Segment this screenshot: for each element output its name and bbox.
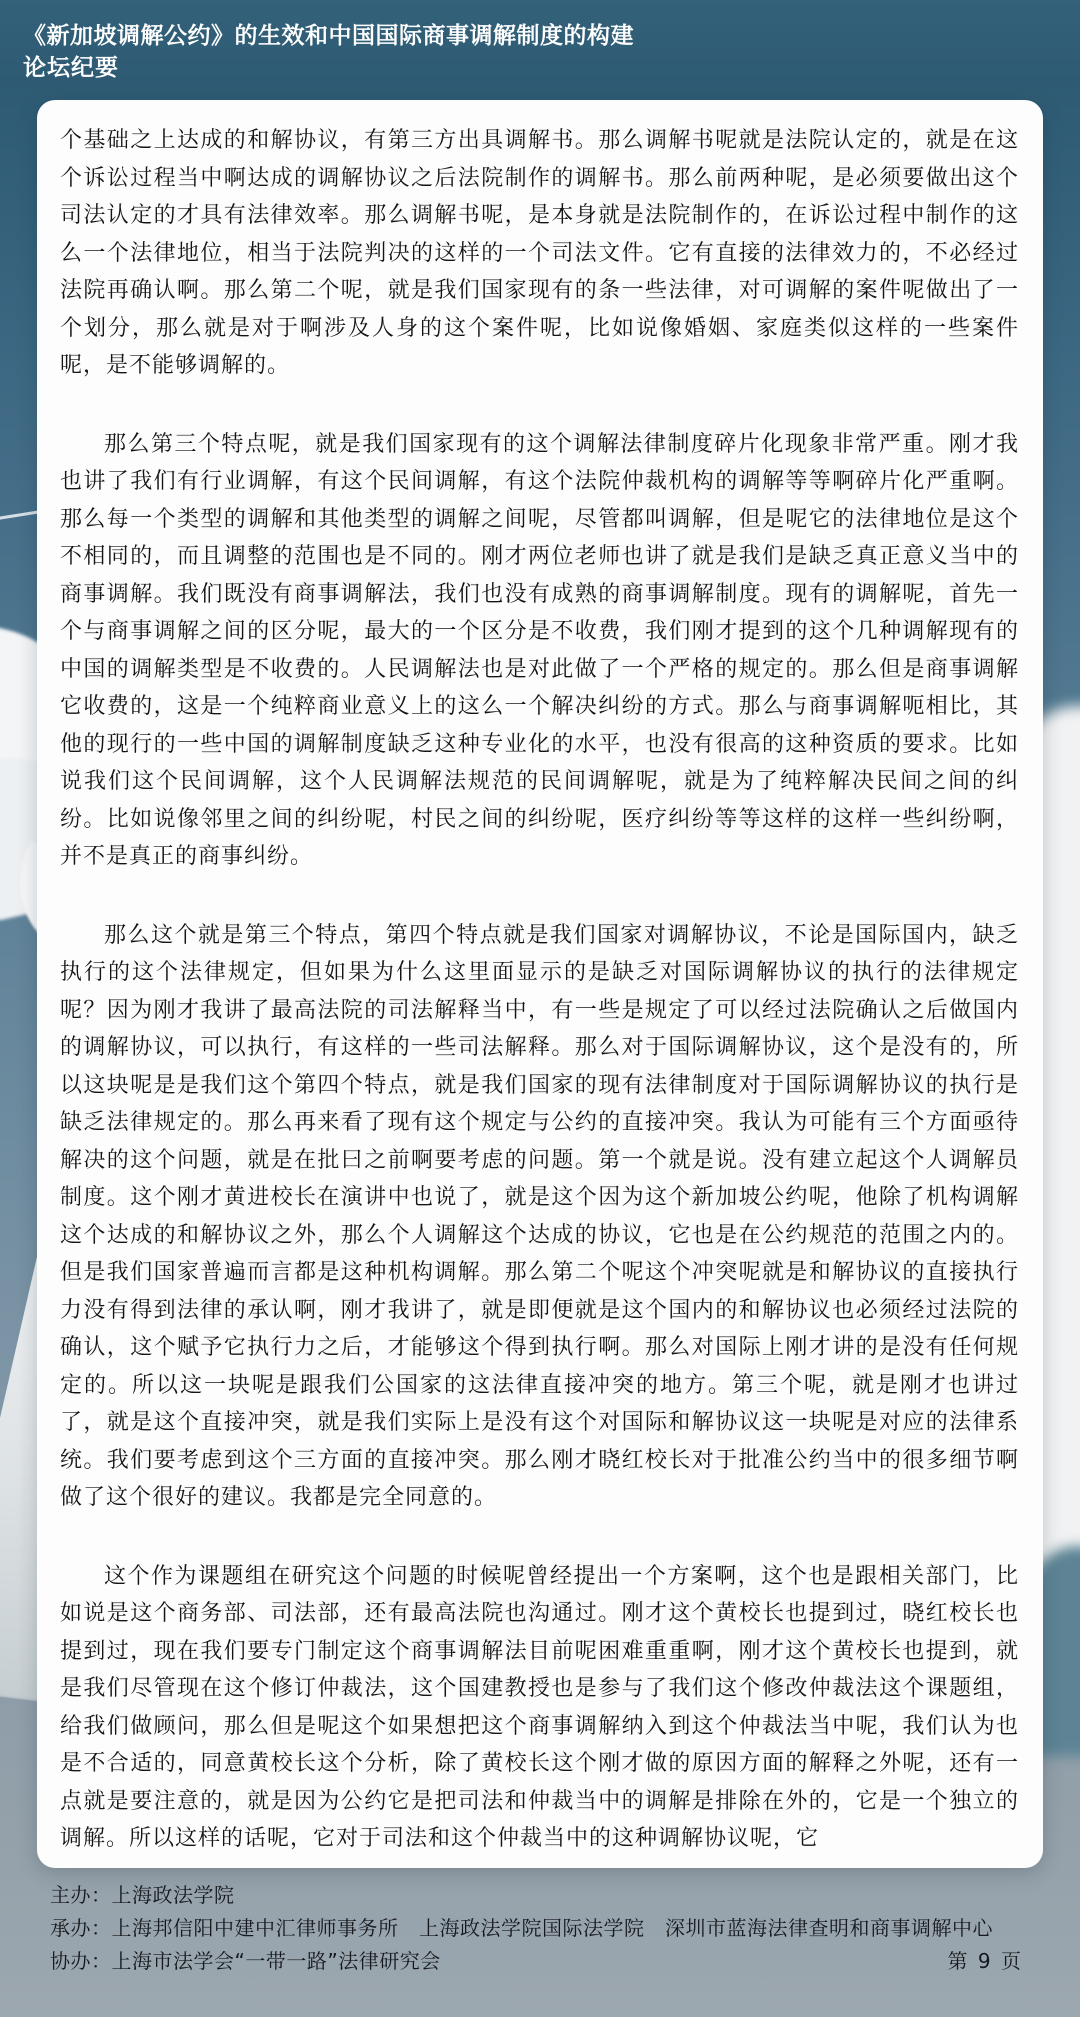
document-page: { "header": { "title_line1": "《新加坡调解公约》的… bbox=[0, 0, 1080, 2017]
page-number: 第 9 页 bbox=[948, 1945, 1023, 1974]
footer-organizer-line: 承办：上海邦信阳中建中汇律师事务所 上海政法学院国际法学院 深圳市蓝海法律查明和… bbox=[50, 1912, 1040, 1945]
page-footer: 主办：上海政法学院 承办：上海邦信阳中建中汇律师事务所 上海政法学院国际法学院 … bbox=[50, 1879, 1040, 1978]
paragraph-4: 这个作为课题组在研究这个问题的时候呢曾经提出一个方案啊，这个也是跟相关部门，比如… bbox=[60, 1558, 1019, 1858]
footer-coorganizer-line: 协办：上海市法学会“一带一路”法律研究会 bbox=[50, 1945, 1040, 1978]
document-title: 《新加坡调解公约》的生效和中国国际商事调解制度的构建 bbox=[23, 20, 634, 52]
page-header: 《新加坡调解公约》的生效和中国国际商事调解制度的构建 论坛纪要 bbox=[23, 20, 634, 84]
content-card: 个基础之上达成的和解协议，有第三方出具调解书。那么调解书呢就是法院认定的，就是在… bbox=[37, 100, 1043, 1868]
document-subtitle: 论坛纪要 bbox=[23, 52, 634, 84]
paragraph-2: 那么第三个特点呢，就是我们国家现有的这个调解法律制度碎片化现象非常严重。刚才我也… bbox=[60, 426, 1019, 876]
footer-host-line: 主办：上海政法学院 bbox=[50, 1879, 1040, 1912]
paragraph-3: 那么这个就是第三个特点，第四个特点就是我们国家对调解协议，不论是国际国内，缺乏执… bbox=[60, 917, 1019, 1517]
paragraph-1: 个基础之上达成的和解协议，有第三方出具调解书。那么调解书呢就是法院认定的，就是在… bbox=[60, 122, 1019, 385]
